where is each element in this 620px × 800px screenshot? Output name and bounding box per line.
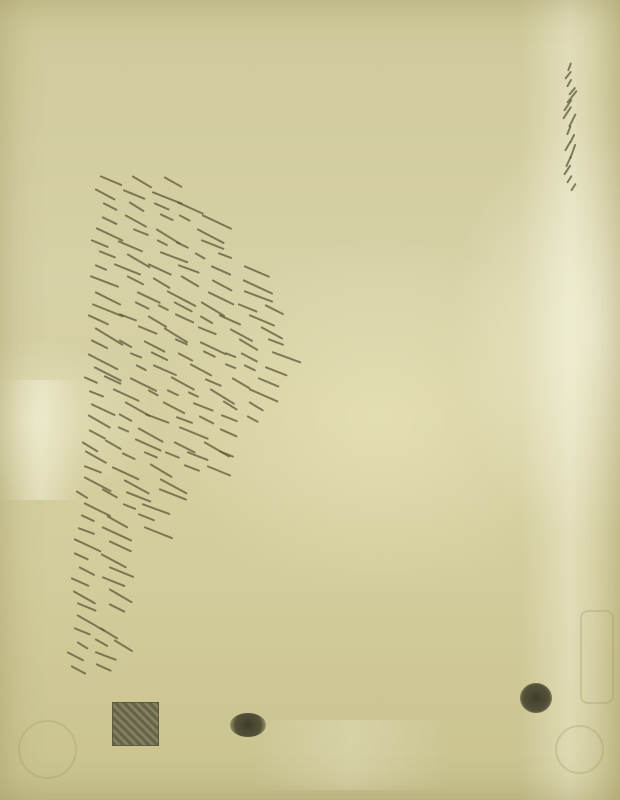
border-ornament [555, 725, 604, 774]
script-stroke [81, 514, 95, 522]
script-stroke [224, 353, 236, 359]
script-stroke [109, 603, 126, 613]
script-stroke [83, 465, 102, 474]
script-stroke [221, 414, 238, 422]
script-stroke [261, 326, 284, 340]
script-stroke [184, 464, 201, 472]
script-stroke [101, 527, 132, 543]
script-stroke [138, 325, 158, 335]
script-stroke [246, 415, 258, 423]
script-stroke [219, 314, 242, 326]
main-text-block [55, 165, 285, 685]
script-stroke [237, 303, 257, 313]
script-stroke [74, 552, 89, 561]
script-stroke [117, 241, 143, 254]
script-stroke [199, 341, 226, 355]
script-stroke [74, 627, 91, 635]
script-stroke [211, 266, 232, 277]
script-stroke [243, 364, 256, 372]
script-stroke [150, 463, 173, 478]
script-stroke [564, 141, 571, 151]
script-stroke [164, 327, 189, 343]
script-stroke [202, 350, 216, 358]
script-stroke [89, 390, 105, 398]
script-stroke [248, 401, 264, 412]
script-stroke [178, 426, 208, 440]
script-stroke [102, 216, 118, 225]
script-stroke [78, 527, 96, 535]
script-stroke [219, 428, 237, 437]
script-stroke [113, 388, 140, 402]
script-stroke [88, 314, 109, 325]
script-stroke [211, 279, 232, 292]
script-stroke [244, 265, 270, 278]
script-stroke [173, 441, 196, 454]
script-stroke [131, 175, 152, 188]
script-stroke [166, 390, 178, 397]
script-stroke [118, 413, 132, 422]
script-stroke [176, 201, 203, 215]
script-stroke [113, 639, 133, 652]
script-stroke [195, 252, 207, 260]
script-stroke [144, 413, 169, 424]
script-stroke [566, 126, 572, 136]
script-stroke [100, 553, 126, 568]
script-stroke [89, 275, 119, 288]
script-stroke [96, 227, 124, 242]
script-stroke [94, 638, 108, 647]
script-stroke [96, 664, 112, 673]
script-stroke [265, 366, 288, 376]
script-stroke [231, 377, 251, 390]
script-stroke [123, 190, 146, 201]
script-stroke [178, 352, 194, 362]
script-stroke [192, 402, 213, 412]
script-stroke [87, 414, 110, 429]
script-stroke [249, 315, 276, 328]
script-stroke [109, 540, 132, 552]
script-stroke [156, 239, 168, 246]
script-stroke [143, 340, 165, 353]
script-stroke [99, 627, 118, 640]
script-stroke [566, 78, 572, 87]
script-stroke [165, 451, 180, 459]
script-stroke [176, 417, 194, 425]
script-stroke [566, 174, 573, 183]
script-stroke [71, 577, 90, 587]
script-stroke [199, 415, 215, 425]
script-stroke [95, 291, 122, 306]
script-stroke [152, 364, 176, 376]
script-stroke [109, 588, 134, 603]
script-stroke [126, 253, 151, 269]
script-stroke [87, 353, 118, 370]
script-stroke [179, 214, 191, 222]
script-stroke [162, 401, 185, 414]
manuscript-page: Manuscript page Persian/Arabic calligrap… [0, 0, 620, 800]
script-stroke [190, 363, 213, 377]
oval-seal [230, 713, 266, 737]
script-stroke [224, 364, 236, 370]
script-stroke [178, 264, 200, 274]
round-seal [520, 683, 552, 713]
script-stroke [129, 352, 142, 359]
script-stroke [136, 291, 160, 304]
script-stroke [144, 452, 159, 460]
script-stroke [108, 566, 134, 578]
script-stroke [114, 263, 142, 276]
script-stroke [122, 452, 136, 460]
border-ornament [18, 720, 77, 779]
script-stroke [100, 176, 123, 187]
script-stroke [95, 189, 116, 202]
script-stroke [187, 391, 199, 398]
script-stroke [135, 301, 150, 310]
script-stroke [249, 388, 280, 403]
script-stroke [176, 242, 189, 250]
script-stroke [126, 275, 144, 285]
script-stroke [160, 251, 189, 263]
script-stroke [206, 465, 231, 477]
script-stroke [137, 513, 155, 522]
script-stroke [99, 250, 116, 258]
script-stroke [271, 351, 301, 364]
script-stroke [181, 276, 200, 289]
script-stroke [76, 490, 89, 499]
border-ornament [580, 610, 614, 704]
square-seal [112, 702, 159, 746]
script-stroke [106, 515, 128, 529]
script-stroke [135, 364, 147, 371]
script-stroke [258, 377, 280, 388]
script-stroke [74, 538, 102, 553]
script-stroke [125, 214, 148, 228]
script-stroke [200, 316, 214, 325]
script-stroke [198, 326, 217, 335]
script-stroke [147, 263, 171, 276]
script-stroke [70, 665, 86, 675]
script-stroke [141, 503, 170, 515]
script-stroke [94, 651, 116, 661]
script-stroke [91, 239, 109, 248]
script-stroke [159, 213, 173, 221]
script-stroke [154, 202, 170, 211]
script-stroke [150, 351, 168, 361]
script-stroke [209, 388, 235, 405]
script-stroke [148, 315, 168, 328]
script-stroke [129, 377, 157, 392]
script-stroke [79, 566, 96, 576]
script-stroke [83, 376, 98, 384]
script-stroke [101, 576, 124, 587]
script-stroke [570, 183, 576, 191]
script-stroke [219, 450, 234, 458]
script-stroke [67, 651, 85, 662]
script-stroke [133, 228, 150, 236]
script-stroke [201, 214, 232, 230]
script-stroke [241, 352, 258, 363]
script-stroke [175, 313, 195, 324]
script-stroke [143, 526, 173, 539]
script-stroke [103, 202, 118, 211]
script-stroke [157, 304, 169, 311]
script-stroke [128, 201, 144, 212]
script-stroke [122, 503, 136, 510]
script-stroke [89, 429, 106, 440]
script-stroke [187, 451, 209, 461]
script-stroke [91, 339, 109, 349]
script-stroke [218, 252, 233, 259]
script-stroke [104, 439, 121, 450]
script-stroke [265, 304, 285, 315]
margin-note [555, 70, 585, 210]
script-stroke [76, 641, 88, 649]
script-stroke [207, 291, 233, 305]
script-stroke [117, 426, 129, 433]
script-stroke [170, 377, 194, 392]
paper-fold [250, 720, 450, 790]
script-stroke [90, 404, 115, 417]
script-stroke [152, 277, 170, 289]
script-stroke [205, 378, 222, 387]
script-stroke [94, 264, 107, 271]
script-stroke [163, 176, 182, 188]
